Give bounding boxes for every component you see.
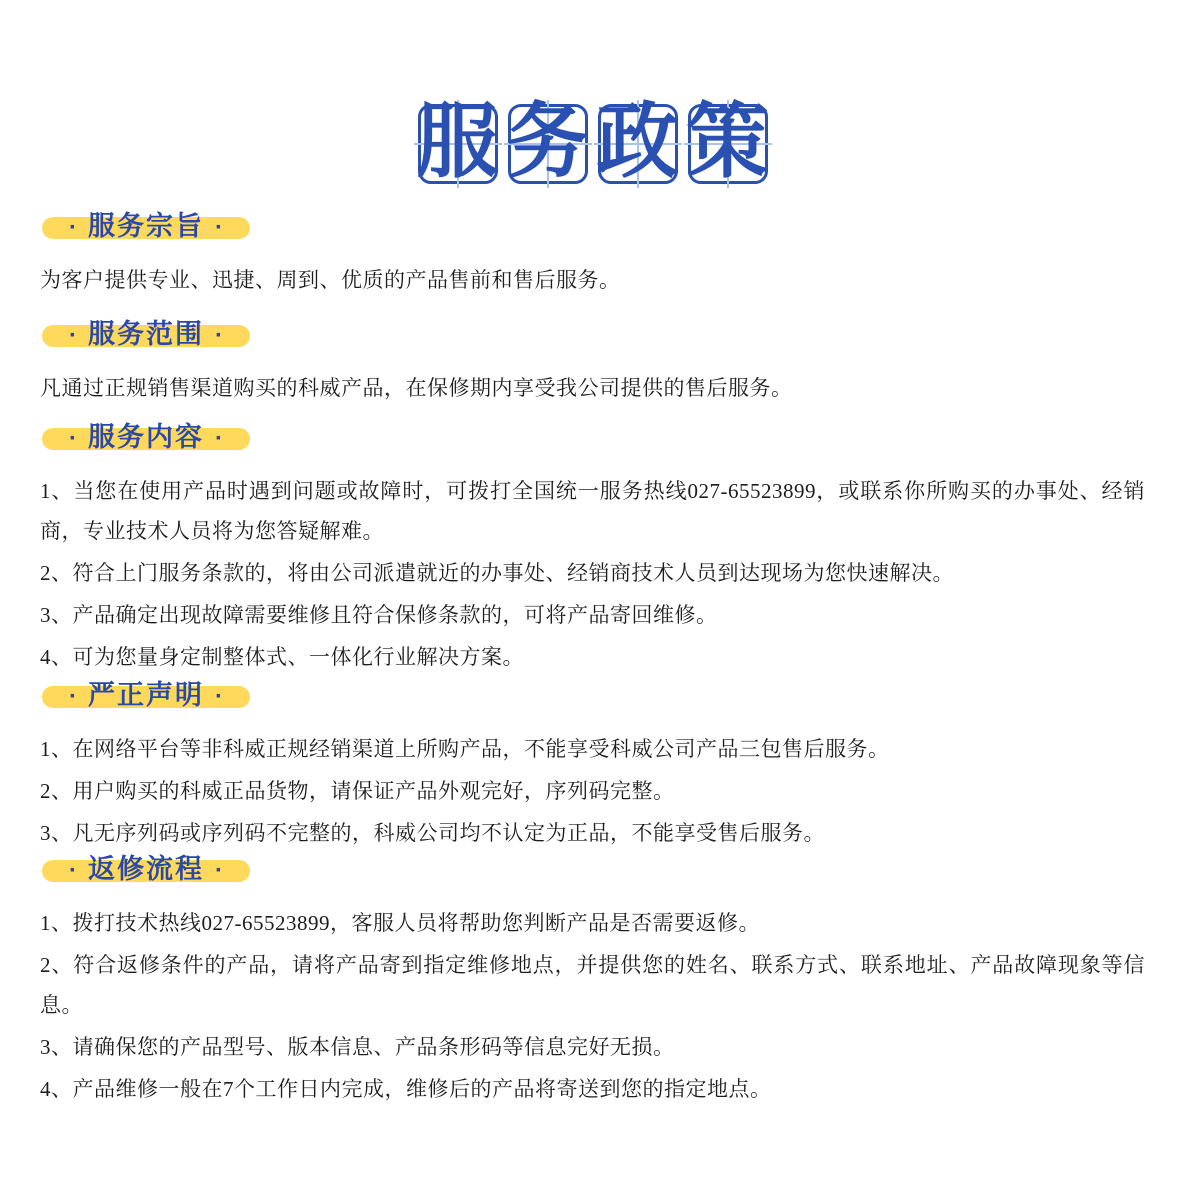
- section-heading-label: 严正声明: [88, 680, 204, 710]
- section-heading-label: 服务范围: [88, 319, 204, 349]
- policy-paragraph: 4、产品维修一般在7个工作日内完成，维修后的产品将寄送到您的指定地点。: [40, 1069, 1145, 1109]
- policy-paragraph: 3、请确保您的产品型号、版本信息、产品条形码等信息完好无损。: [40, 1027, 1145, 1067]
- section-paragraphs: 1、在网络平台等非科威正规经销渠道上所购产品，不能享受科威公司产品三包售后服务。…: [40, 729, 1145, 853]
- policy-paragraph: 1、拨打技术热线027-65523899，客服人员将帮助您判断产品是否需要返修。: [40, 903, 1145, 943]
- section-paragraphs: 1、拨打技术热线027-65523899，客服人员将帮助您判断产品是否需要返修。…: [40, 903, 1145, 1109]
- section-heading-label: 服务内容: [88, 422, 204, 452]
- title-character-box: 策: [688, 104, 768, 184]
- section-heading: ·严正声明·: [42, 681, 250, 709]
- policy-paragraph: 4、可为您量身定制整体式、一体化行业解决方案。: [40, 637, 1145, 677]
- policy-paragraph: 2、符合上门服务条款的，将由公司派遣就近的办事处、经销商技术人员到达现场为您快速…: [40, 553, 1145, 593]
- heading-dot-right: ·: [215, 322, 223, 349]
- policy-section: ·服务宗旨· 为客户提供专业、迅捷、周到、优质的产品售前和售后服务。: [40, 212, 1145, 300]
- title-character-box: 务: [508, 104, 588, 184]
- section-heading: ·服务范围·: [42, 320, 250, 348]
- title-character: 政: [596, 101, 678, 183]
- heading-dot-right: ·: [215, 683, 223, 710]
- section-paragraphs: 1、当您在使用产品时遇到问题或故障时，可拨打全国统一服务热线027-655238…: [40, 471, 1145, 677]
- section-heading: ·返修流程·: [42, 855, 250, 883]
- policy-section: ·返修流程· 1、拨打技术热线027-65523899，客服人员将帮助您判断产品…: [40, 855, 1145, 1109]
- title-character: 策: [686, 101, 768, 183]
- section-paragraphs: 为客户提供专业、迅捷、周到、优质的产品售前和售后服务。: [40, 260, 1145, 300]
- heading-dot-right: ·: [215, 214, 223, 241]
- heading-dot-left: ·: [69, 683, 77, 710]
- page-title: 服 务 政 策: [40, 104, 1145, 185]
- section-heading: ·服务内容·: [42, 423, 250, 451]
- title-character-box: 政: [598, 104, 678, 184]
- title-character: 务: [506, 101, 588, 183]
- heading-dot-left: ·: [69, 425, 77, 452]
- heading-dot-left: ·: [69, 857, 77, 884]
- policy-section: ·服务范围· 凡通过正规销售渠道购买的科威产品，在保修期内享受我公司提供的售后服…: [40, 320, 1145, 408]
- policy-section: ·服务内容· 1、当您在使用产品时遇到问题或故障时，可拨打全国统一服务热线027…: [40, 423, 1145, 677]
- section-paragraphs: 凡通过正规销售渠道购买的科威产品，在保修期内享受我公司提供的售后服务。: [40, 368, 1145, 408]
- section-heading-label: 返修流程: [88, 854, 204, 884]
- policy-sections: ·服务宗旨· 为客户提供专业、迅捷、周到、优质的产品售前和售后服务。 ·服务范围…: [40, 212, 1145, 1109]
- heading-dot-right: ·: [215, 425, 223, 452]
- policy-paragraph: 1、当您在使用产品时遇到问题或故障时，可拨打全国统一服务热线027-655238…: [40, 471, 1145, 551]
- heading-dot-left: ·: [69, 322, 77, 349]
- policy-paragraph: 凡通过正规销售渠道购买的科威产品，在保修期内享受我公司提供的售后服务。: [40, 368, 1145, 408]
- heading-dot-right: ·: [215, 857, 223, 884]
- policy-paragraph: 2、用户购买的科威正品货物，请保证产品外观完好，序列码完整。: [40, 771, 1145, 811]
- service-policy-page: 服 务 政 策 ·服务宗旨· 为客户提供专业、迅捷、周到、优质的产品售前和售后服…: [0, 0, 1185, 1185]
- policy-paragraph: 3、凡无序列码或序列码不完整的，科威公司均不认定为正品，不能享受售后服务。: [40, 813, 1145, 853]
- title-character-box: 服: [418, 104, 498, 184]
- policy-section: ·严正声明· 1、在网络平台等非科威正规经销渠道上所购产品，不能享受科威公司产品…: [40, 681, 1145, 853]
- policy-paragraph: 2、符合返修条件的产品，请将产品寄到指定维修地点，并提供您的姓名、联系方式、联系…: [40, 945, 1145, 1025]
- section-heading-label: 服务宗旨: [88, 211, 204, 241]
- policy-paragraph: 3、产品确定出现故障需要维修且符合保修条款的，可将产品寄回维修。: [40, 595, 1145, 635]
- title-character: 服: [416, 101, 498, 183]
- policy-paragraph: 为客户提供专业、迅捷、周到、优质的产品售前和售后服务。: [40, 260, 1145, 300]
- heading-dot-left: ·: [69, 214, 77, 241]
- section-heading: ·服务宗旨·: [42, 212, 250, 240]
- policy-paragraph: 1、在网络平台等非科威正规经销渠道上所购产品，不能享受科威公司产品三包售后服务。: [40, 729, 1145, 769]
